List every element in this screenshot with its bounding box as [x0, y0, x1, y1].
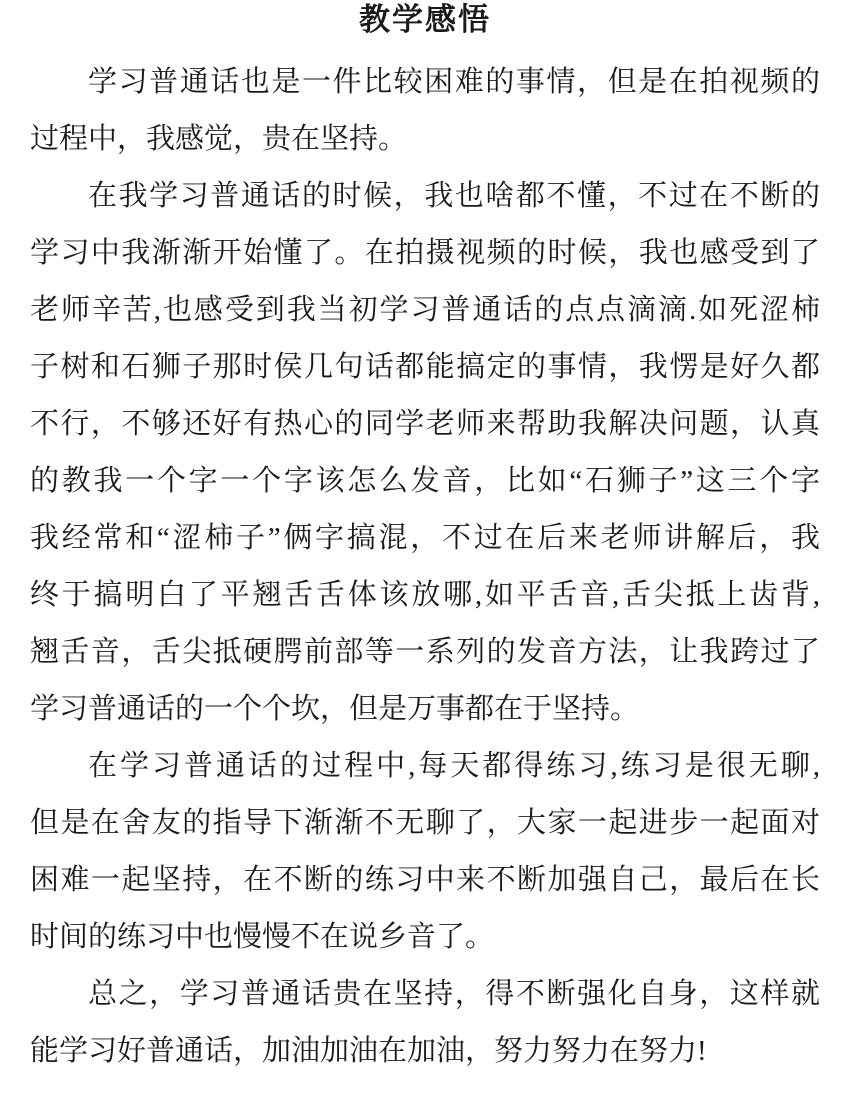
document-title: 教学感悟 — [30, 0, 820, 40]
text-line: 我经常和“涩柿子”俩字搞混，不过在后来老师讲解后，我 — [30, 510, 820, 567]
text-line: 在学习普通话的过程中,每天都得练习,练习是很无聊, — [30, 738, 820, 795]
text-line: 困难一起坚持，在不断的练习中来不断加强自己，最后在长 — [30, 852, 820, 909]
text-line: 学习普通话也是一件比较困难的事情，但是在拍视频的 — [30, 54, 820, 111]
text-line: 时间的练习中也慢慢不在说乡音了。 — [30, 909, 820, 966]
paragraph: 在学习普通话的过程中,每天都得练习,练习是很无聊,但是在舍友的指导下渐渐不无聊了… — [30, 738, 820, 966]
paragraph: 在我学习普通话的时候，我也啥都不懂，不过在不断的学习中我渐渐开始懂了。在拍摄视频… — [30, 168, 820, 738]
text-line: 但是在舍友的指导下渐渐不无聊了，大家一起进步一起面对 — [30, 795, 820, 852]
document-body: 学习普通话也是一件比较困难的事情，但是在拍视频的过程中，我感觉，贵在坚持。在我学… — [30, 54, 820, 1080]
text-line: 能学习好普通话，加油加油在加油，努力努力在努力! — [30, 1023, 820, 1080]
text-line: 学习中我渐渐开始懂了。在拍摄视频的时候，我也感受到了 — [30, 225, 820, 282]
text-line: 不行，不够还好有热心的同学老师来帮助我解决问题，认真 — [30, 396, 820, 453]
text-line: 终于搞明白了平翘舌舌体该放哪,如平舌音,舌尖抵上齿背, — [30, 567, 820, 624]
paragraph: 总之，学习普通话贵在坚持，得不断强化自身，这样就能学习好普通话，加油加油在加油，… — [30, 966, 820, 1080]
text-line: 在我学习普通话的时候，我也啥都不懂，不过在不断的 — [30, 168, 820, 225]
text-line: 子树和石狮子那时侯几句话都能搞定的事情，我愣是好久都 — [30, 339, 820, 396]
text-line: 总之，学习普通话贵在坚持，得不断强化自身，这样就 — [30, 966, 820, 1023]
text-line: 翘舌音，舌尖抵硬腭前部等一系列的发音方法，让我跨过了 — [30, 624, 820, 681]
text-line: 过程中，我感觉，贵在坚持。 — [30, 111, 820, 168]
text-line: 的教我一个字一个字该怎么发音，比如“石狮子”这三个字 — [30, 453, 820, 510]
document-page: 教学感悟 学习普通话也是一件比较困难的事情，但是在拍视频的过程中，我感觉，贵在坚… — [0, 0, 850, 1110]
paragraph: 学习普通话也是一件比较困难的事情，但是在拍视频的过程中，我感觉，贵在坚持。 — [30, 54, 820, 168]
text-line: 老师辛苦,也感受到我当初学习普通话的点点滴滴.如死涩柿 — [30, 282, 820, 339]
text-line: 学习普通话的一个个坎，但是万事都在于坚持。 — [30, 681, 820, 738]
